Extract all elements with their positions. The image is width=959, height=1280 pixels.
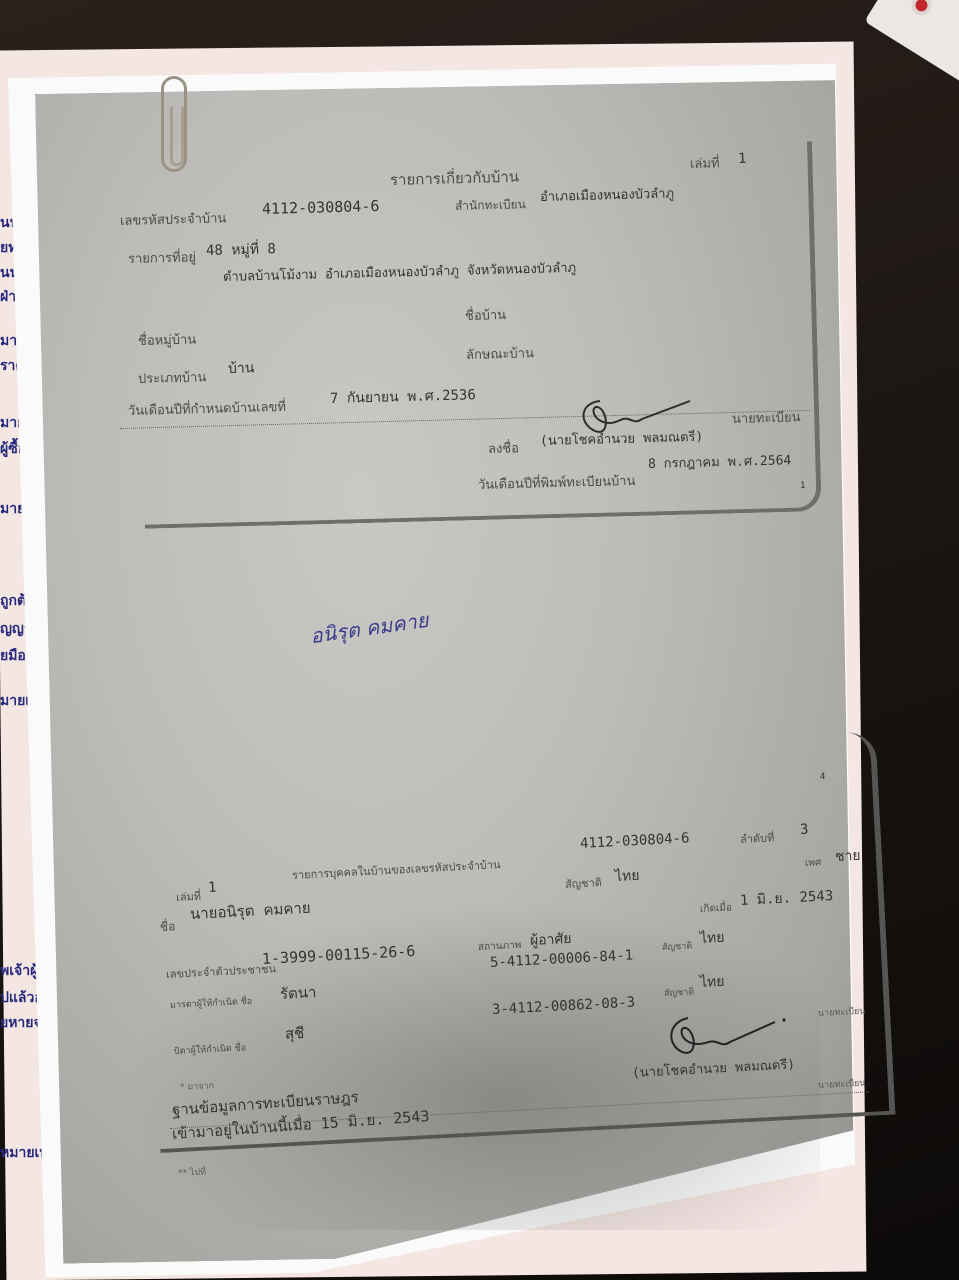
sex: ชาย bbox=[834, 845, 861, 868]
red-button-icon bbox=[913, 0, 930, 14]
house-code-label: เลขรหัสประจำบ้าน bbox=[120, 207, 227, 231]
person-book-number: 1 bbox=[208, 880, 217, 896]
nationality: ไทย bbox=[614, 865, 640, 888]
name-label: ชื่อ bbox=[160, 917, 176, 937]
order-label: ลำดับที่ bbox=[740, 828, 775, 848]
book-label: เล่มที่ bbox=[690, 152, 720, 174]
registrar-name: (นายโชคอำนวย พลมณตรี) bbox=[540, 426, 704, 451]
registry-office: อำเภอเมืองหนองบัวลำภู bbox=[540, 182, 675, 207]
house-name-label: ชื่อบ้าน bbox=[465, 304, 507, 326]
address-line-1: 48 หมู่ที่ 8 bbox=[206, 238, 276, 262]
page-number: 1 bbox=[800, 481, 805, 491]
book-number: 1 bbox=[738, 151, 747, 167]
status: ผู้อาศัย bbox=[529, 928, 572, 952]
registrar-title: นายทะเบียน bbox=[732, 406, 801, 429]
father-name: สุชี bbox=[284, 1021, 305, 1046]
address-label: รายการที่อยู่ bbox=[128, 246, 197, 269]
mother-nationality: ไทย bbox=[699, 927, 725, 950]
father-nationality: ไทย bbox=[699, 971, 725, 994]
sex-label: เพศ bbox=[805, 855, 822, 871]
signed-label: ลงชื่อ bbox=[488, 437, 519, 459]
printed-date-label: วันเดือนปีที่พิมพ์ทะเบียนบ้าน bbox=[478, 470, 636, 495]
printed-date: 8 กรกฎาคม พ.ศ.2564 bbox=[648, 449, 792, 474]
person-registrar-title-2: นายทะเบียน bbox=[818, 1076, 866, 1092]
village-name-label: ชื่อหมู่บ้าน bbox=[138, 328, 197, 351]
house-section-title: รายการเกี่ยวกับบ้าน bbox=[390, 165, 520, 192]
page-corner-number: 4 bbox=[820, 772, 825, 782]
status-label: สถานภาพ bbox=[478, 938, 522, 955]
number-assigned-date: 7 กันยายน พ.ศ.2536 bbox=[330, 384, 476, 410]
moved-from-label: * มาจาก bbox=[180, 1078, 215, 1094]
house-character-label: ลักษณะบ้าน bbox=[466, 342, 534, 365]
nationality-label: สัญชาติ bbox=[565, 873, 603, 893]
moved-to-label: ** ไปที่ bbox=[178, 1165, 207, 1180]
house-code: 4112-030804-6 bbox=[262, 197, 380, 218]
person-registrar-title: นายทะเบียน bbox=[818, 1004, 866, 1020]
desk-object bbox=[864, 0, 959, 85]
father-nationality-label: สัญชาติ bbox=[664, 984, 695, 1000]
mother-name: รัตนา bbox=[279, 980, 317, 1006]
number-assigned-label: วันเดือนปีที่กำหนดบ้านเลขที่ bbox=[128, 396, 286, 421]
house-type-label: ประเภทบ้าน bbox=[138, 366, 207, 389]
mother-nationality-label: สัญชาติ bbox=[662, 938, 693, 954]
order-number: 3 bbox=[800, 822, 809, 838]
registry-office-label: สำนักทะเบียน bbox=[455, 195, 526, 216]
birth-label: เกิดเมื่อ bbox=[700, 900, 733, 917]
house-type: บ้าน bbox=[228, 357, 255, 380]
